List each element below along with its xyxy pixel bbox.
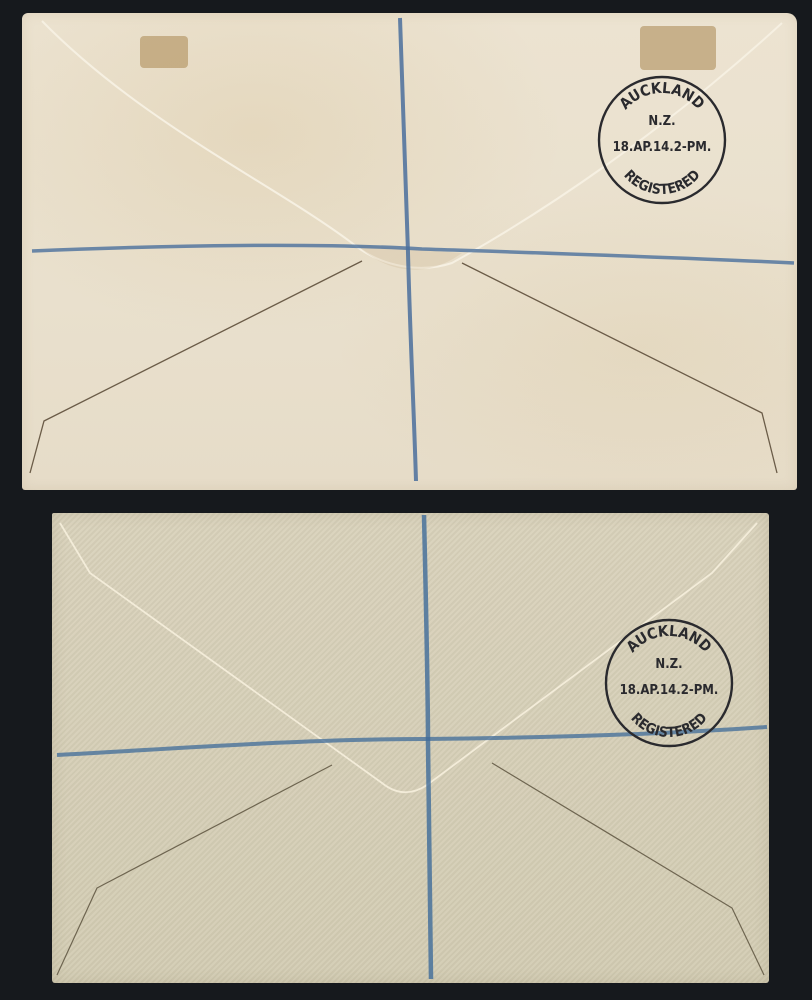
postmark-line2: N.Z. bbox=[655, 657, 682, 672]
svg-text:REGISTERED: REGISTERED bbox=[627, 710, 710, 741]
postmark-upper: AUCKLAND N.Z. 18.AP.14.2-PM. REGISTERED bbox=[595, 73, 729, 207]
postmark-bottom-text: REGISTERED bbox=[627, 710, 710, 741]
postmark-top-text: AUCKLAND bbox=[616, 79, 709, 113]
upper-envelope: AUCKLAND N.Z. 18.AP.14.2-PM. REGISTERED bbox=[22, 13, 797, 490]
postmark-lower: AUCKLAND N.Z. 18.AP.14.2-PM. REGISTERED bbox=[602, 616, 736, 750]
svg-text:AUCKLAND: AUCKLAND bbox=[623, 622, 716, 656]
paper-stain bbox=[140, 36, 188, 68]
postmark-date: 18.AP.14.2-PM. bbox=[613, 140, 712, 155]
postmark-bottom-text: REGISTERED bbox=[620, 167, 703, 198]
svg-text:REGISTERED: REGISTERED bbox=[620, 167, 703, 198]
postmark-top-text: AUCKLAND bbox=[623, 622, 716, 656]
svg-text:AUCKLAND: AUCKLAND bbox=[616, 79, 709, 113]
lower-envelope: AUCKLAND N.Z. 18.AP.14.2-PM. REGISTERED bbox=[52, 513, 769, 983]
postmark-line2: N.Z. bbox=[648, 114, 675, 129]
paper-stain bbox=[640, 26, 716, 70]
postmark-date: 18.AP.14.2-PM. bbox=[620, 683, 719, 698]
